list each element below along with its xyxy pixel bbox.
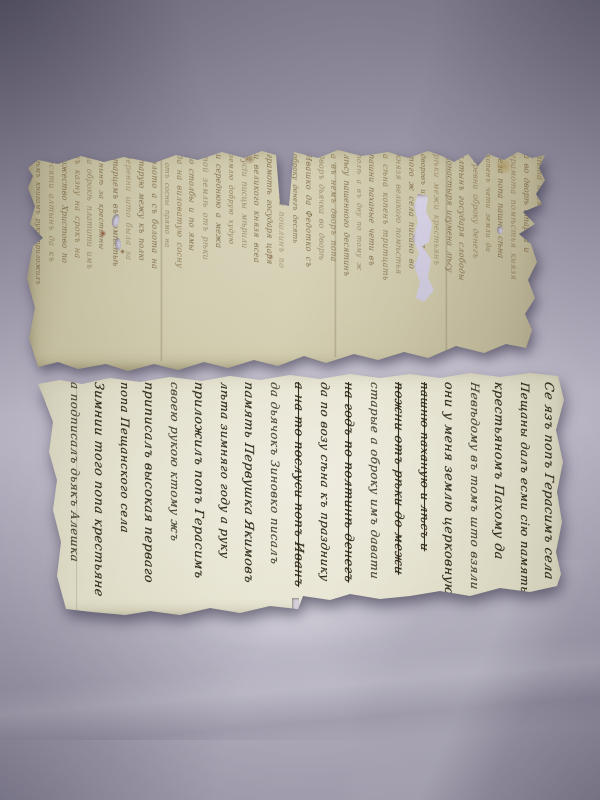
script-line: а нынѣ за крестьяны [94,154,107,366]
script-line: на годъ по полтинѣ денегъ [337,382,362,610]
script-line: приложилъ попъ Герасимъ [187,382,212,610]
lower-manuscript: Се язъ попъ Герасимъ селаПещаны далъ есм… [30,370,570,622]
upper-manuscript: лѣта писма себѣ поляа во дворѣ старца иг… [26,146,550,374]
script-line: землю добрую худую [224,154,237,366]
script-line: пашни паханые чети въ [364,154,377,366]
script-line: а во дворѣ старца и [519,154,532,366]
script-line: Ивашко да Федотко съ [301,154,314,366]
upper-manuscript-text: лѣта писма себѣ поляа во дворѣ старца иг… [31,154,545,366]
script-line: старую межу къ полю [134,154,147,366]
script-line: пожни отъ рѣки до межи [387,382,412,610]
script-line: села попа пашни сѣна [494,154,507,366]
script-line: деревни што была за [121,154,134,366]
script-line: да по возу сѣна къ празднику [312,382,337,610]
script-line: приписалъ высокая перваго [137,382,162,610]
lower-manuscript-paper: Се язъ попъ Герасимъ селаПещаны далъ есм… [30,370,570,622]
script-line: да на виловатую сосну [173,154,186,366]
script-line: они у меня землю церковную [437,382,462,610]
script-line: дворъ дьячка во дворѣ [314,154,327,366]
script-line: пашню паханую и лѣсъ и [412,382,437,610]
script-line: болото а съ болота на [147,154,160,366]
script-line: лѣсу пашенного десятинъ [340,154,353,366]
script-line: монастыря игумена лѣсу [442,154,455,366]
script-line: а подписалъ дьякъ Алешка [62,382,87,610]
script-line: алтынъ государя слободы [454,154,467,366]
script-line: а на то послуси попъ Иванъ [287,382,312,610]
script-line: крестьяномъ Пахому да [487,382,512,610]
script-line: память Первушка Якимовъ [237,382,262,610]
script-line: полѣ а въ дву по тому ж [352,154,365,366]
photograph: лѣта писма себѣ поляа во дворѣ старца иг… [0,0,600,800]
script-line: Зимнии того попа крестьяне [87,382,112,610]
script-line: той землѣ отъ рѣки [198,154,211,366]
script-line: а сѣна копенъ тритцать [378,154,391,366]
script-line: князя великого помѣстья [391,154,404,366]
script-line: Невѣдому въ томъ што взяли [462,382,487,610]
script-line: десяти алтынъ да къ [44,154,57,366]
script-line: попа Пещанского села [112,382,137,610]
script-line: Се язъ попъ Герасимъ села [537,382,562,610]
script-line: рѣки межи крестьянъ [429,154,442,366]
script-line: Пещаны далъ есми сію память [512,382,537,610]
script-line: да дьячокъ Зиновко писалъ [262,382,287,610]
script-line: своею рукою ктому жъ [162,382,187,610]
script-line: копенъ чети земли да [481,154,494,366]
script-line: алтынъ да пошлинъ по [274,154,287,366]
lower-manuscript-text: Се язъ попъ Герасимъ селаПещаны далъ есм… [62,382,562,610]
script-line: оброку денегъ десять [288,154,301,366]
upper-manuscript-paper: лѣта писма себѣ поляа во дворѣ старца иг… [26,146,550,374]
script-line: и середнюю а межа [211,154,224,366]
script-line: лѣта зимняго году а руку [212,382,237,610]
script-line: Русіи писцы мѣрили [237,154,250,366]
script-line: на оброкѣ платити имъ [83,154,96,366]
script-line: по столбы и по ямы [184,154,197,366]
small-hole [497,226,503,234]
script-line: старые а оброку имъ давати [362,382,387,610]
script-line: а отъ сосны прямо на [160,154,173,366]
script-line: тѣмъ книгамъ руку приложилъ [31,154,44,366]
script-line: лѣта писма себѣ поля [532,154,545,366]
script-line: и великого князя всеа [250,154,263,366]
script-line: въ казну на срокъ на [70,154,83,366]
script-line: грамотѣ государя царя [262,154,275,366]
script-line: Рожество Христово по [57,154,70,366]
fabric-fold [0,620,600,740]
script-line: грамота помѣстья князя [506,154,519,366]
script-line: того ж села писано во [404,154,417,366]
script-line: деревни оброку денегъ [468,154,481,366]
script-line: а въ немъ дворъ попа [327,154,340,366]
edge-notch [292,598,299,610]
paper-fold [76,388,78,610]
script-line: старцемъ въ помѣстьѣ [108,154,121,366]
